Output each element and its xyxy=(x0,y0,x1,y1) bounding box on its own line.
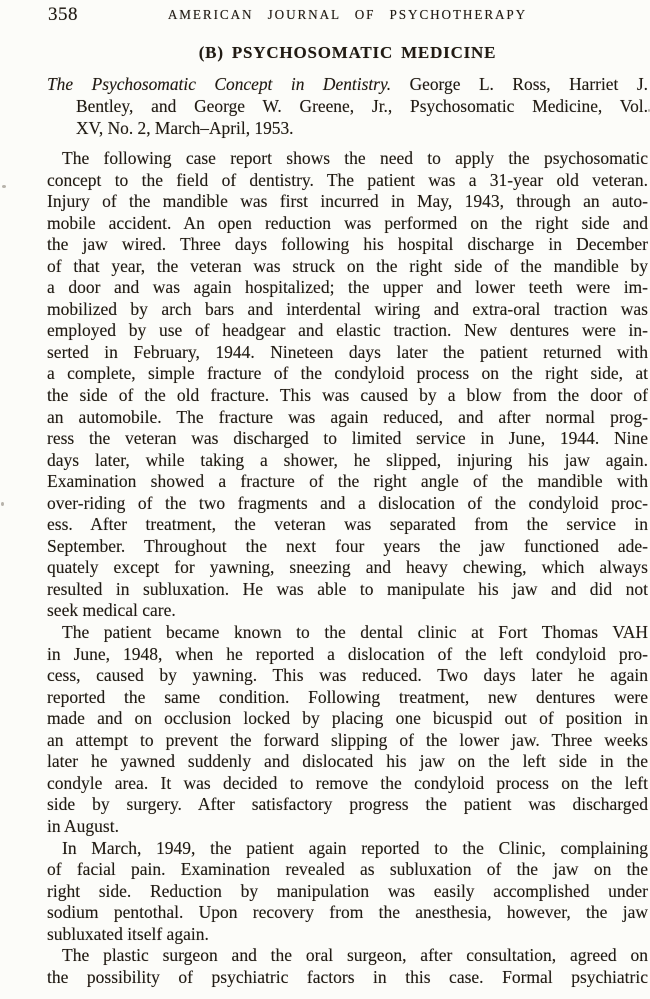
text-line: serted in February, 1944. Nineteen days … xyxy=(47,342,648,364)
text-line: cess, caused by yawning. This was reduce… xyxy=(47,665,648,687)
citation-authors: Bentley, and George W. Greene, Jr., Psyc… xyxy=(76,96,648,116)
text-line: seek medical care. xyxy=(47,600,648,622)
text-line: employed by use of headgear and elastic … xyxy=(47,320,648,342)
text-line: an attempt to prevent the forward slippi… xyxy=(47,730,648,752)
paragraph: In March, 1949, the patient again report… xyxy=(47,838,648,946)
citation: The Psychosomatic Concept in Dentistry. … xyxy=(47,73,648,139)
text-line: reported the same condition. Following t… xyxy=(47,687,648,709)
scan-artifact xyxy=(2,185,6,188)
text-line: an automobile. The fracture was again re… xyxy=(47,407,648,429)
text-line: right side. Reduction by manipulation wa… xyxy=(47,881,648,903)
citation-authors: XV, No. 2, March–April, 1953. xyxy=(76,118,294,138)
text-line: made and on occlusion locked by placing … xyxy=(47,708,648,730)
text-line: mobile accident. An open reduction was p… xyxy=(47,213,648,235)
section-heading: (B) PSYCHOSOMATIC MEDICINE xyxy=(47,43,648,63)
text-line: ess. After treatment, the veteran was se… xyxy=(47,514,648,536)
text-line: sodium pentothal. Upon recovery from the… xyxy=(47,902,648,924)
text-line: in August. xyxy=(47,816,648,838)
scan-artifact xyxy=(1,502,4,506)
citation-authors: George L. Ross, Harriet J. xyxy=(410,74,648,94)
running-head: AMERICAN JOURNAL OF PSYCHOTHERAPY xyxy=(47,4,648,23)
paragraph: The plastic surgeon and the oral surgeon… xyxy=(47,945,648,988)
citation-line: The Psychosomatic Concept in Dentistry. … xyxy=(47,73,648,95)
text-line: condyle area. It was decided to remove t… xyxy=(47,773,648,795)
page-header: 358 AMERICAN JOURNAL OF PSYCHOTHERAPY xyxy=(47,4,648,26)
text-line: Examination showed a fracture of the rig… xyxy=(47,471,648,493)
citation-line: Bentley, and George W. Greene, Jr., Psyc… xyxy=(47,95,648,117)
text-line: the jaw wired. Three days following his … xyxy=(47,234,648,256)
text-line: quately except for yawning, sneezing and… xyxy=(47,557,648,579)
text-line: The plastic surgeon and the oral surgeon… xyxy=(47,945,648,967)
text-line: the side of the old fracture. This was c… xyxy=(47,385,648,407)
text-line: over-riding of the two fragments and a d… xyxy=(47,493,648,515)
text-line: later he yawned suddenly and dislocated … xyxy=(47,751,648,773)
text-line: The patient became known to the dental c… xyxy=(47,622,648,644)
text-line: a door and was again hospitalized; the u… xyxy=(47,277,648,299)
text-line: a complete, simple fracture of the condy… xyxy=(47,363,648,385)
text-line: resulted in subluxation. He was able to … xyxy=(47,579,648,601)
paragraph: The patient became known to the dental c… xyxy=(47,622,648,837)
article-body: The following case report shows the need… xyxy=(47,148,648,988)
text-line: The following case report shows the need… xyxy=(47,148,648,170)
text-line: mobilized by arch bars and interdental w… xyxy=(47,299,648,321)
journal-page: 358 AMERICAN JOURNAL OF PSYCHOTHERAPY (B… xyxy=(0,0,650,999)
text-line: of facial pain. Examination revealed as … xyxy=(47,859,648,881)
citation-title: The Psychosomatic Concept in Dentistry. xyxy=(47,74,391,94)
citation-line: XV, No. 2, March–April, 1953. xyxy=(47,117,648,139)
text-line: In March, 1949, the patient again report… xyxy=(47,838,648,860)
text-line: Injury of the mandible was first incurre… xyxy=(47,191,648,213)
page-number: 358 xyxy=(48,4,78,26)
text-line: the possibility of psychiatric factors i… xyxy=(47,967,648,989)
text-line: in June, 1948, when he reported a disloc… xyxy=(47,644,648,666)
text-line: concept to the field of dentistry. The p… xyxy=(47,170,648,192)
text-line: days later, while taking a shower, he sl… xyxy=(47,450,648,472)
text-line: September. Throughout the next four year… xyxy=(47,536,648,558)
text-line: of that year, the veteran was struck on … xyxy=(47,256,648,278)
text-line: subluxated itself again. xyxy=(47,924,648,946)
text-line: side by surgery. After satisfactory prog… xyxy=(47,794,648,816)
paragraph: The following case report shows the need… xyxy=(47,148,648,622)
text-line: ress the veteran was discharged to limit… xyxy=(47,428,648,450)
